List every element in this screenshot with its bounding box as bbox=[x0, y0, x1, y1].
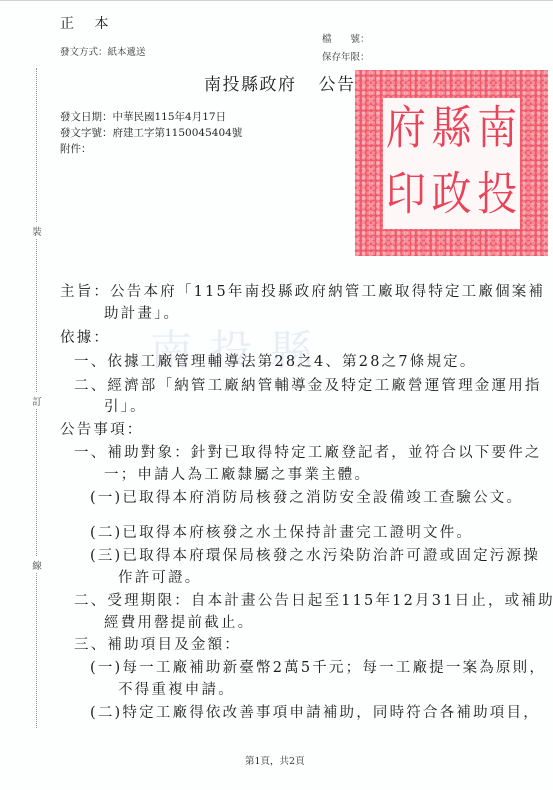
item-2-line-2: 經費用罄提前截止。 bbox=[104, 611, 254, 632]
item-3-sub-1-line-2: 不得重複申請。 bbox=[118, 678, 235, 699]
item-2-line-1: 二、受理期限：自本計畫公告日起至115年12月31日止，或補助 bbox=[74, 589, 553, 610]
document-title: 南投縣政府公告 bbox=[204, 70, 356, 95]
binding-mark-ding: 訂 bbox=[30, 393, 44, 409]
item-1-sub-2: (二)已取得本府核發之水土保持計畫完工證明文件。 bbox=[90, 521, 473, 542]
official-seal: 府 縣 南 印 政 投 bbox=[355, 70, 548, 256]
send-method: 發文方式：紙本遞送 bbox=[60, 44, 146, 58]
seal-char: 投 bbox=[474, 159, 520, 234]
announcement-items-heading: 公告事項： bbox=[60, 418, 144, 439]
top-border bbox=[0, 0, 553, 1]
document-page: 正 本 發文方式：紙本遞送 檔 號： 保存年限： 南投縣政府公告 府 縣 南 印… bbox=[0, 0, 553, 790]
file-number-label: 檔 號： bbox=[322, 31, 370, 45]
attachment-label: 附件： bbox=[60, 141, 92, 156]
item-3-sub-1-line-1: (一)每一工廠補助新臺幣2萬5千元；每一工廠提一案為原則， bbox=[90, 656, 546, 677]
basis-item-2-line-1: 二、經濟部「納管工廠納管輔導金及特定工廠營運管理金運用指 bbox=[74, 374, 542, 395]
seal-char: 政 bbox=[429, 159, 475, 234]
agency-name: 南投縣政府 bbox=[204, 75, 297, 95]
subject-line-1: 主旨：公告本府「115年南投縣政府納管工廠取得特定工廠個案補 bbox=[60, 280, 545, 301]
issue-date: 發文日期：中華民國115年4月17日 bbox=[60, 109, 226, 124]
retention-period-label: 保存年限： bbox=[322, 49, 370, 63]
document-type: 公告 bbox=[319, 75, 356, 95]
seal-char: 府 bbox=[383, 93, 429, 168]
binding-mark-xian: 線 bbox=[30, 557, 44, 573]
item-1-sub-3-line-2: 作許可證。 bbox=[118, 566, 202, 587]
issue-number: 發文字號：府建工字第1150045404號 bbox=[60, 125, 242, 140]
copy-mark: 正 本 bbox=[60, 13, 116, 33]
seal-characters: 府 縣 南 印 政 投 bbox=[383, 98, 520, 229]
seal-char: 南 bbox=[474, 93, 520, 168]
binding-mark-zhuang: 裝 bbox=[30, 223, 44, 239]
basis-item-2-line-2: 引」。 bbox=[104, 395, 147, 416]
basis-item-1: 一、依據工廠管理輔導法第28之4、第28之7條規定。 bbox=[74, 350, 477, 371]
page-indicator: 第1頁，共2頁 bbox=[245, 753, 305, 767]
item-3-heading: 三、補助項目及金額： bbox=[74, 633, 241, 654]
item-1-line-2: 一；申請人為工廠隸屬之事業主體。 bbox=[104, 463, 371, 484]
item-3-sub-2-line-1: (二)特定工廠得依改善事項申請補助，同時符合各補助項目， bbox=[90, 701, 540, 722]
basis-heading: 依據： bbox=[60, 326, 110, 347]
item-1-sub-3-line-1: (三)已取得本府環保局核發之水污染防治許可證或固定污源操 bbox=[90, 544, 540, 565]
seal-char: 印 bbox=[383, 159, 429, 234]
seal-char: 縣 bbox=[429, 93, 475, 168]
item-1-sub-1: (一)已取得本府消防局核發之消防安全設備竣工查驗公文。 bbox=[90, 486, 523, 507]
item-1-line-1: 一、補助對象：針對已取得特定工廠登記者，並符合以下要件之 bbox=[74, 441, 542, 462]
subject-line-2: 助計畫」。 bbox=[104, 302, 180, 323]
